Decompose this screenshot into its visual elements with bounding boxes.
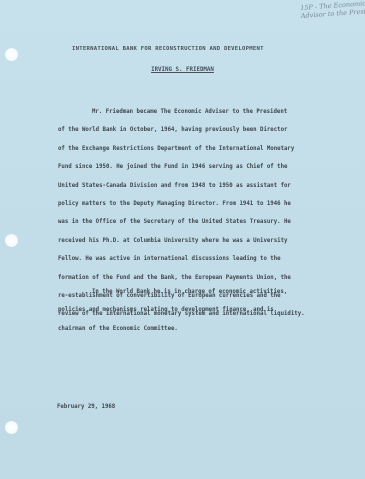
paragraph-line: In the World Bank he is in charge of eco… bbox=[58, 283, 348, 301]
paragraph-line: United States-Canada Division and from 1… bbox=[58, 177, 348, 195]
paragraph-line: Fellow. He was active in international d… bbox=[58, 250, 348, 268]
paragraph-line: was in the Office of the Secretary of th… bbox=[58, 213, 348, 231]
paragraph-line: chairman of the Economic Committee. bbox=[58, 320, 348, 338]
biography-paragraph-2: In the World Bank he is in charge of eco… bbox=[58, 283, 348, 338]
paragraph-line: policies and mechanisms relating to deve… bbox=[58, 301, 348, 319]
scanned-page: 15P - The Economic Advisor to the Presid… bbox=[0, 0, 365, 479]
binder-hole-top bbox=[5, 48, 18, 61]
organization-title: INTERNATIONAL BANK FOR RECONSTRUCTION AN… bbox=[72, 46, 264, 52]
paragraph-line: of the World Bank in October, 1964, havi… bbox=[58, 121, 348, 139]
person-name-heading: IRVING S. FRIEDMAN bbox=[0, 67, 365, 73]
paragraph-line: Fund since 1950. He joined the Fund in 1… bbox=[58, 158, 348, 176]
paragraph-line: policy matters to the Deputy Managing Di… bbox=[58, 195, 348, 213]
person-name: IRVING S. FRIEDMAN bbox=[151, 67, 214, 73]
document-date: February 29, 1968 bbox=[57, 404, 115, 410]
paragraph-line: of the Exchange Restrictions Department … bbox=[58, 140, 348, 158]
handwritten-annotation: 15P - The Economic Advisor to the Presid… bbox=[300, 0, 365, 20]
paragraph-line: received his Ph.D. at Columbia Universit… bbox=[58, 232, 348, 250]
binder-hole-bottom bbox=[5, 421, 18, 434]
binder-hole-middle bbox=[5, 234, 18, 247]
paragraph-line: Mr. Friedman became The Economic Adviser… bbox=[58, 103, 348, 121]
